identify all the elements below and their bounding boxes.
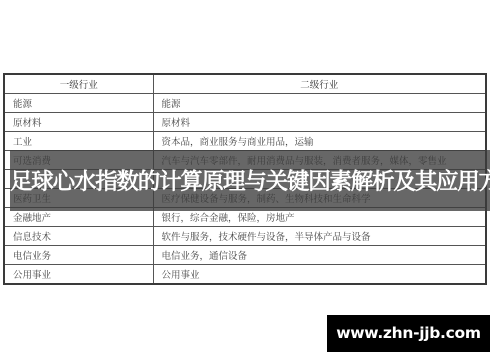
table-row: 电信业务 电信业务，通信设备 (4, 246, 486, 265)
table-row: 工业 资本品，商业服务与商业用品，运输 (4, 132, 486, 151)
cell-level2: 能源 (153, 94, 486, 113)
cell-level1: 电信业务 (4, 246, 153, 265)
cell-level1: 原材料 (4, 113, 153, 132)
cell-level1: 公用事业 (4, 265, 153, 285)
header-level1: 一级行业 (4, 74, 153, 94)
table-row: 原材料 原材料 (4, 113, 486, 132)
watermark-badge: www.zhn-jjb.com (327, 315, 490, 352)
table-row: 公用事业 公用事业 (4, 265, 486, 285)
table-header-row: 一级行业 二级行业 (4, 74, 486, 94)
cell-level2: 电信业务，通信设备 (153, 246, 486, 265)
cell-level2: 资本品，商业服务与商业用品，运输 (153, 132, 486, 151)
cell-level2: 软件与服务，技术硬件与设备，半导体产品与设备 (153, 227, 486, 246)
cell-level2: 原材料 (153, 113, 486, 132)
table-row: 信息技术 软件与服务，技术硬件与设备，半导体产品与设备 (4, 227, 486, 246)
header-level2: 二级行业 (153, 74, 486, 94)
article-title: 足球心水指数的计算原理与关键因素解析及其应用方法 (10, 168, 490, 196)
cell-level1: 能源 (4, 94, 153, 113)
cell-level1: 工业 (4, 132, 153, 151)
table-row: 能源 能源 (4, 94, 486, 113)
cell-level2: 公用事业 (153, 265, 486, 285)
cell-level1: 信息技术 (4, 227, 153, 246)
